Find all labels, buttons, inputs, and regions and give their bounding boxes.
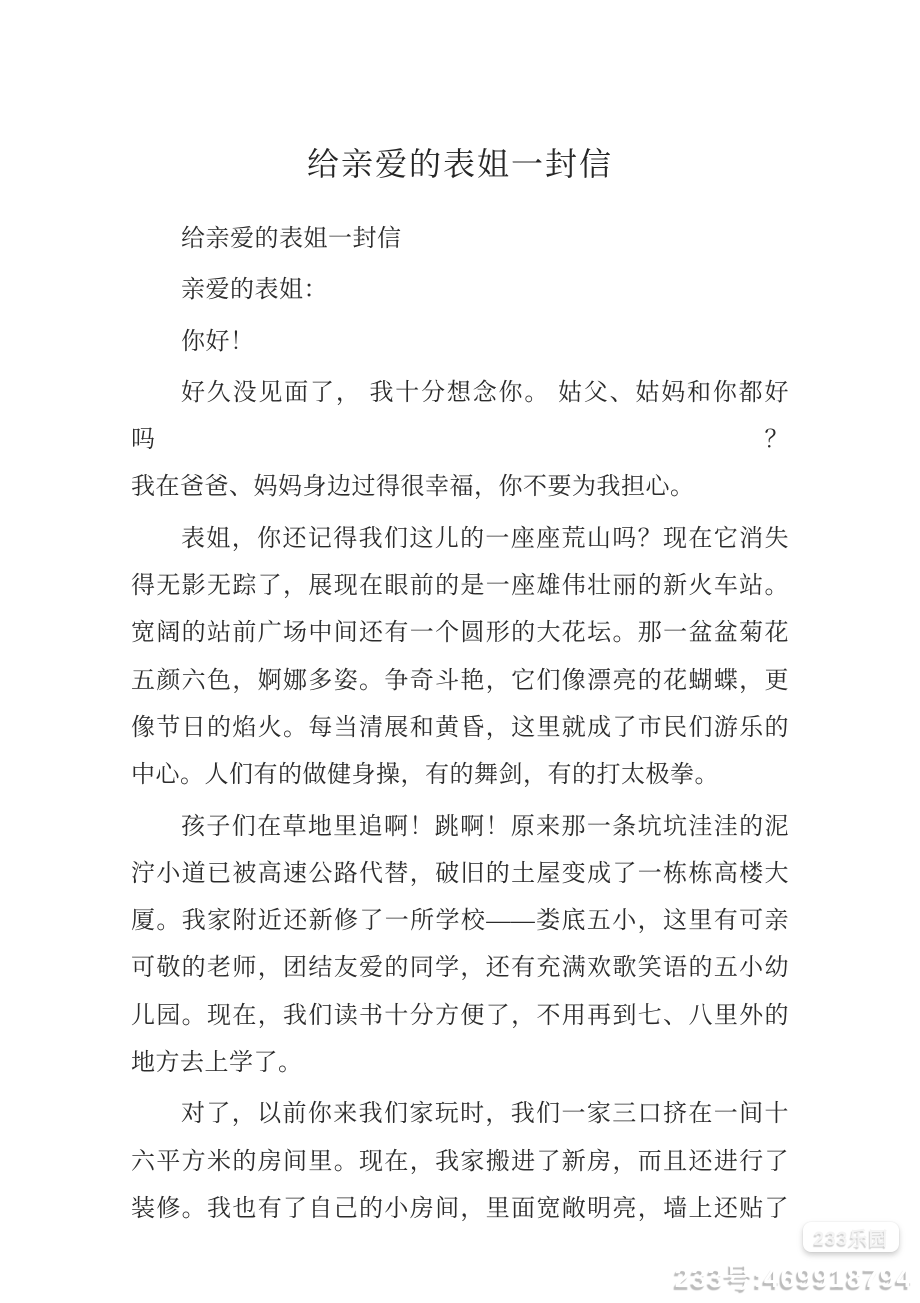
text-line: 厦。我家附近还新修了一所学校——娄底五小，这里有可亲 [131,898,789,945]
text-line: 宽阔的站前广场中间还有一个圆形的大花坛。那一盆盆菊花 [131,610,789,657]
text-line: 你好！ [131,319,789,366]
text-line: 像节日的焰火。每当清展和黄昏，这里就成了市民们游乐的 [131,705,789,752]
text-line: 地方去上学了。 [131,1040,789,1087]
paragraph: 给亲爱的表姐一封信 [131,216,789,263]
text-line: 孩子们在草地里追啊！跳啊！原来那一条坑坑洼洼的泥 [131,804,789,851]
text-line: 好久没见面了， 我十分想念你。 姑父、姑妈和你都好吗？ [131,370,789,465]
watermark-badge: 233乐园 [803,1222,899,1252]
paragraph: 表姐，你还记得我们这儿的一座座荒山吗？现在它消失得无影无踪了，展现在眼前的是一座… [131,516,789,800]
text-line: 五颜六色，婀娜多姿。争奇斗艳，它们像漂亮的花蝴蝶，更 [131,658,789,705]
watermark-badge-label: 233乐园 [814,1224,889,1251]
text-line: 亲爱的表姐： [131,267,789,314]
document-page: 给亲爱的表姐一封信 给亲爱的表姐一封信亲爱的表姐：你好！好久没见面了， 我十分想… [0,0,920,1303]
text-line: 中心。人们有的做健身操，有的舞剑，有的打太极拳。 [131,752,789,799]
text-line: 儿园。现在，我们读书十分方便了，不用再到七、八里外的 [131,993,789,1040]
paragraph: 好久没见面了， 我十分想念你。 姑父、姑妈和你都好吗？我在爸爸、妈妈身边过得很幸… [131,370,789,512]
text-line: 表姐，你还记得我们这儿的一座座荒山吗？现在它消失 [131,516,789,563]
text-line: 六平方米的房间里。现在，我家搬进了新房，而且还进行了 [131,1139,789,1186]
paragraph: 你好！ [131,319,789,366]
text-line: 给亲爱的表姐一封信 [131,216,789,263]
text-line: 装修。我也有了自己的小房间，里面宽敞明亮，墙上还贴了 [131,1186,789,1233]
watermark-id: 233号:469918794 [675,1256,913,1296]
text-line: 可敬的老师，团结友爱的同学，还有充满欢歌笑语的五小幼 [131,945,789,992]
text-line: 我在爸爸、妈妈身边过得很幸福，你不要为我担心。 [131,464,789,511]
paragraph: 孩子们在草地里追啊！跳啊！原来那一条坑坑洼洼的泥泞小道已被高速公路代替，破旧的土… [131,804,789,1088]
text-line: 得无影无踪了，展现在眼前的是一座雄伟壮丽的新火车站。 [131,563,789,610]
document-title: 给亲爱的表姐一封信 [131,141,789,187]
letter-body: 给亲爱的表姐一封信亲爱的表姐：你好！好久没见面了， 我十分想念你。 姑父、姑妈和… [131,216,789,1233]
text-line: 对了，以前你来我们家玩时，我们一家三口挤在一间十 [131,1091,789,1138]
paragraph: 亲爱的表姐： [131,267,789,314]
text-line: 泞小道已被高速公路代替，破旧的土屋变成了一栋栋高楼大 [131,851,789,898]
paragraph: 对了，以前你来我们家玩时，我们一家三口挤在一间十六平方米的房间里。现在，我家搬进… [131,1091,789,1233]
